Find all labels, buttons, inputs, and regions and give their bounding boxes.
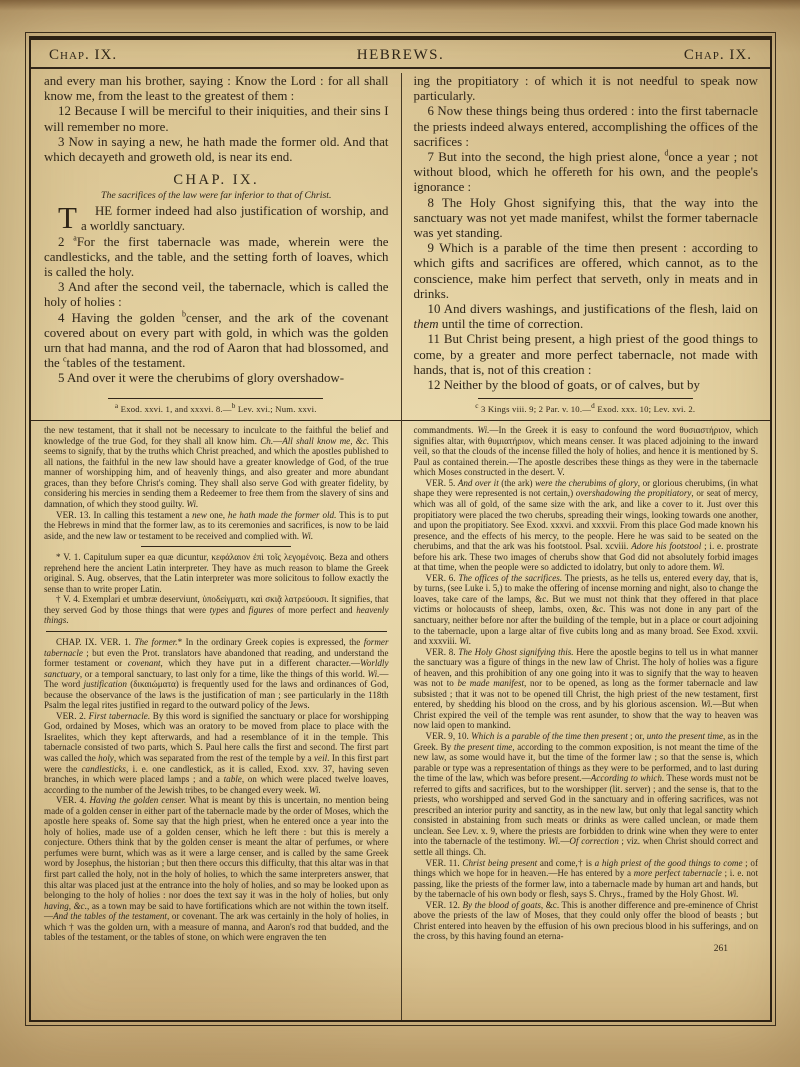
- commentary-paragraph: VER. 2. First tabernacle. By this word i…: [44, 711, 389, 795]
- page-number: 261: [414, 942, 759, 954]
- footnote-left-cell: a Exod. xxvi. 1, and xxxvi. 8.—b Lev. xv…: [31, 398, 401, 414]
- bible-right-column: ing the propitiatory : of which it is no…: [401, 69, 771, 393]
- drop-cap: T: [44, 204, 81, 230]
- footnote-rule: [478, 398, 693, 399]
- chapter-heading: CHAP. IX.: [44, 172, 389, 189]
- commentary-paragraph: VER. 12. By the blood of goats, &c. This…: [414, 900, 759, 942]
- header-chapter-right: Chap. IX.: [684, 47, 752, 64]
- verse-paragraph: 7 But into the second, the high priest a…: [414, 150, 759, 196]
- commentary-paragraph: VER. 8. The Holy Ghost signifying this. …: [414, 647, 759, 731]
- bible-left-column: and every man his brother, saying : Know…: [31, 69, 401, 393]
- commentary-paragraph: VER. 6. The offices of the sacrifices. T…: [414, 573, 759, 647]
- footnote-right-cell: c 3 Kings viii. 9; 2 Par. v. 10.—d Exod.…: [401, 398, 771, 414]
- commentary-paragraph: VER. 9, 10. Which is a parable of the ti…: [414, 731, 759, 858]
- commentary-paragraph: * V. 1. Capitulum super ea quæ dicuntur,…: [44, 552, 389, 594]
- verse-paragraph: 4 Having the golden bcenser, and the ark…: [44, 311, 389, 372]
- commentary-right-content: commandments. Wi.—In the Greek it is eas…: [414, 425, 759, 942]
- verse-paragraph: 2 aFor the first tabernacle was made, wh…: [44, 235, 389, 281]
- commentary-paragraph: the new testament, that it shall not be …: [44, 425, 389, 509]
- verse-paragraph: 10 And divers washings, and justificatio…: [414, 302, 759, 332]
- verse-paragraph: 3 And after the second veil, the taberna…: [44, 280, 389, 310]
- commentary-paragraph: CHAP. IX. VER. 1. The former.* In the or…: [44, 637, 389, 711]
- commentary-left-column: the new testament, that it shall not be …: [31, 421, 401, 1020]
- verse-paragraph: 8 The Holy Ghost signifying this, that t…: [414, 196, 759, 242]
- commentary-paragraph: VER. 13. In calling this testament a new…: [44, 510, 389, 542]
- verse-paragraph: 6 Now these things being thus ordered : …: [414, 104, 759, 150]
- verse-paragraph: 9 Which is a parable of the time then pr…: [414, 241, 759, 302]
- footnote-rule: [108, 398, 323, 399]
- commentary-right-column: commandments. Wi.—In the Greek it is eas…: [401, 421, 771, 1020]
- commentary-paragraph: VER. 5. And over it (the ark) were the c…: [414, 478, 759, 573]
- verse-paragraph: 11 But Christ being present, a high prie…: [414, 332, 759, 378]
- verse-paragraph: 12 Neither by the blood of goats, or of …: [414, 378, 759, 393]
- verse-paragraph: and every man his brother, saying : Know…: [44, 74, 389, 104]
- footnote-left-text: a Exod. xxvi. 1, and xxxvi. 8.—b Lev. xv…: [41, 402, 391, 414]
- running-header: Chap. IX. HEBREWS. Chap. IX.: [31, 40, 770, 67]
- commentary-paragraph: VER. 4. Having the golden censer. What i…: [44, 795, 389, 943]
- column-divider-rule: [401, 73, 402, 1020]
- scanned-book-page: Chap. IX. HEBREWS. Chap. IX. and every m…: [0, 0, 800, 1067]
- page-frame: Chap. IX. HEBREWS. Chap. IX. and every m…: [29, 36, 772, 1022]
- footnote-right-text: c 3 Kings viii. 9; 2 Par. v. 10.—d Exod.…: [411, 402, 761, 414]
- verse-paragraph: 12 Because I will be merciful to their i…: [44, 104, 389, 134]
- commentary-paragraph: † V. 4. Exemplari et umbræ deserviunt, ὑ…: [44, 594, 389, 626]
- verse-paragraph: THE former indeed had also justification…: [44, 204, 389, 234]
- verse-paragraph: ing the propitiatory : of which it is no…: [414, 74, 759, 104]
- commentary-paragraph: commandments. Wi.—In the Greek it is eas…: [414, 425, 759, 478]
- header-chapter-left: Chap. IX.: [49, 47, 117, 64]
- separator-rule: [46, 631, 387, 632]
- header-book-title: HEBREWS.: [357, 47, 444, 64]
- commentary-paragraph: VER. 11. Christ being present and come,†…: [414, 858, 759, 900]
- verse-paragraph: 3 Now in saying a new, he hath made the …: [44, 135, 389, 165]
- verse-paragraph: 5 And over it were the cherubims of glor…: [44, 371, 389, 386]
- separator-rule: [141, 546, 291, 547]
- chapter-argument: The sacrifices of the law were far infer…: [44, 190, 389, 201]
